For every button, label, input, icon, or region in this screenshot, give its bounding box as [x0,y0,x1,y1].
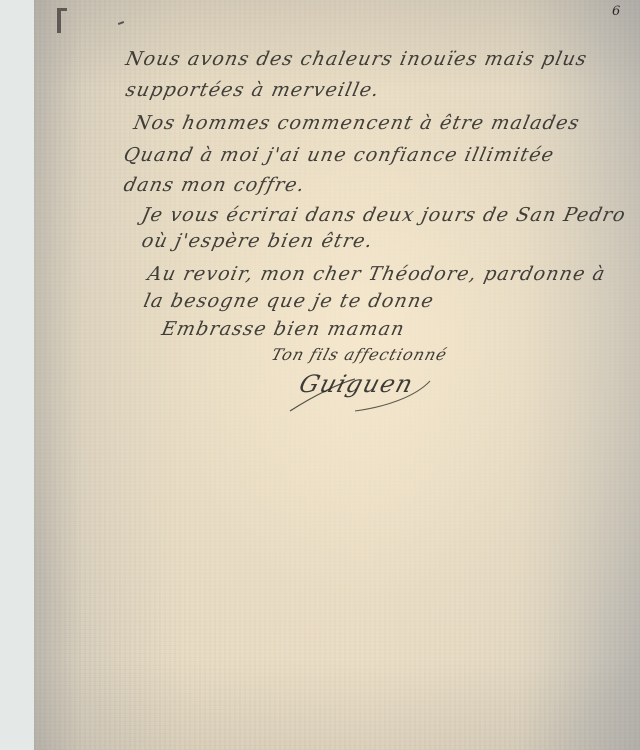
letter-line-4: Quand à moi j'ai une confiance illimitée [122,144,557,166]
letter-line-8: Au revoir, mon cher Théodore, pardonne à [146,263,608,285]
letter-line-3: Nos hommes commencent à être malades [132,112,582,134]
scanned-page: 6 Nous avons des chaleurs inouïes mais p… [0,0,640,750]
letter-line-7: où j'espère bien être. [140,230,376,252]
letter-body: Nous avons des chaleurs inouïes mais plu… [0,0,640,750]
letter-line-5: dans mon coffre. [122,174,308,196]
letter-line-10: Embrasse bien maman [160,318,407,340]
letter-line-6: Je vous écrirai dans deux jours de San P… [140,204,628,226]
letter-line-1: Nous avons des chaleurs inouïes mais plu… [124,48,590,70]
closing-line: Ton fils affectionné [269,345,449,364]
letter-line-2: supportées à merveille. [124,79,382,101]
letter-line-9: la besogne que je te donne [142,290,437,312]
signature-flourish-icon [285,375,435,415]
